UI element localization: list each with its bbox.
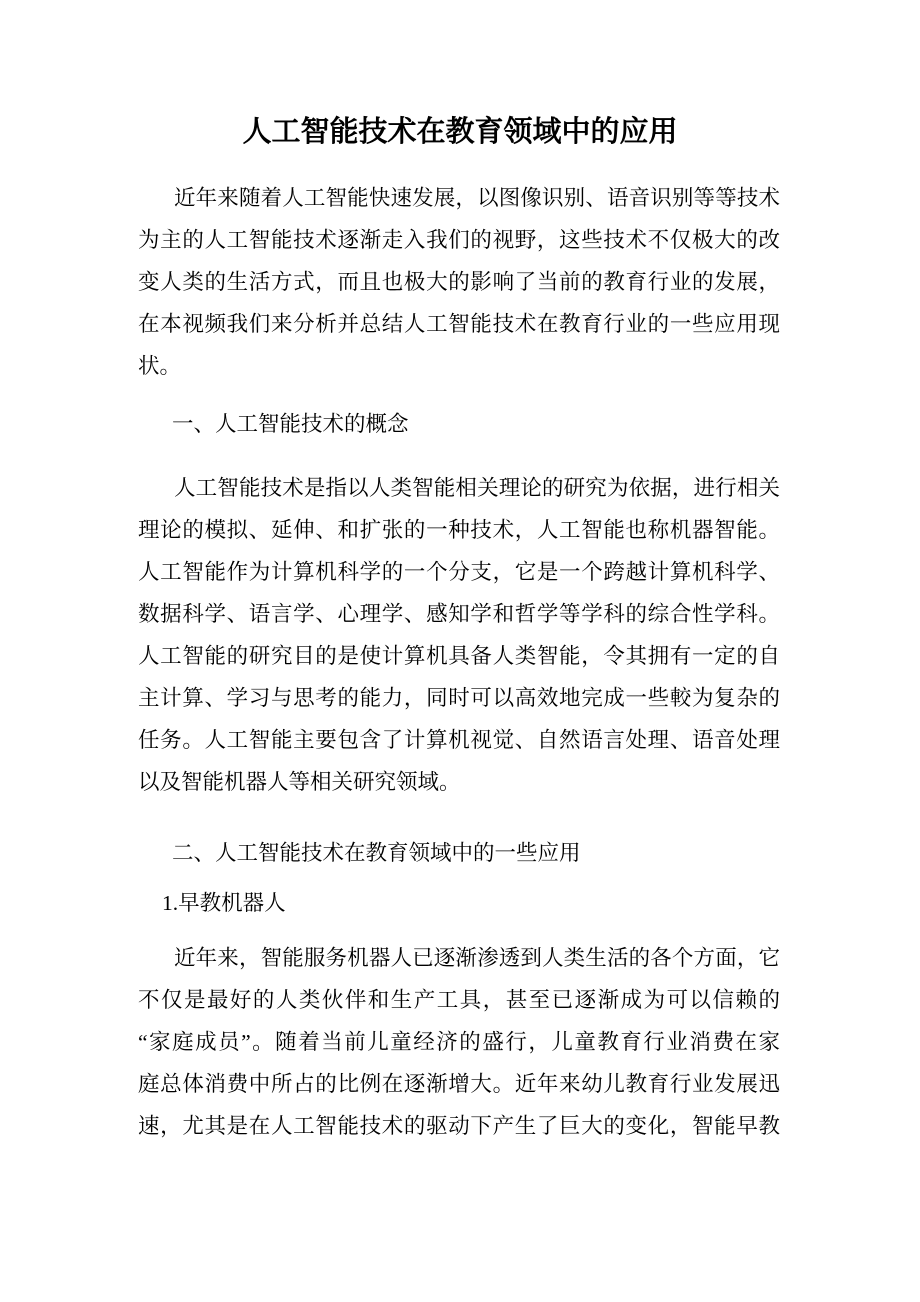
paragraph-line: 速，尤其是在人工智能技术的驱动下产生了巨大的变化，智能早教 bbox=[138, 1105, 780, 1147]
paragraph-line: 人工智能的研究目的是使计算机具备人类智能，令其拥有一定的自 bbox=[138, 635, 780, 677]
paragraph-line: 庭总体消费中所占的比例在逐渐增大。近年来幼儿教育行业发展迅 bbox=[138, 1063, 780, 1105]
section1-paragraph: 人工智能技术是指以人类智能相关理论的研究为依据，进行相关 理论的模拟、延伸、和扩… bbox=[138, 467, 780, 803]
section1-heading: 一、人工智能技术的概念 bbox=[138, 403, 780, 445]
paragraph-line: 变人类的生活方式，而且也极大的影响了当前的教育行业的发展， bbox=[138, 261, 780, 303]
section2-sub1-heading: 1.早教机器人 bbox=[138, 882, 780, 924]
paragraph-line: 状。 bbox=[138, 345, 780, 387]
paragraph-line: 为主的人工智能技术逐渐走入我们的视野，这些技术不仅极大的改 bbox=[138, 219, 780, 261]
paragraph-line: 理论的模拟、延伸、和扩张的一种技术，人工智能也称机器智能。 bbox=[138, 509, 780, 551]
paragraph-line: 以及智能机器人等相关研究领域。 bbox=[138, 761, 780, 803]
paragraph-line: 数据科学、语言学、心理学、感知学和哲学等学科的综合性学科。 bbox=[138, 593, 780, 635]
section-heading-text: 二、人工智能技术在教育领域中的一些应用 bbox=[138, 832, 780, 874]
paragraph-line: 主计算、学习与思考的能力，同时可以高效地完成一些較为复杂的 bbox=[138, 677, 780, 719]
paragraph-line: 人工智能技术是指以人类智能相关理论的研究为依据，进行相关 bbox=[138, 467, 780, 509]
paragraph-line: 任务。人工智能主要包含了计算机视觉、自然语言处理、语音处理 bbox=[138, 719, 780, 761]
paragraph-line: 在本视频我们来分析并总结人工智能技术在教育行业的一些应用现 bbox=[138, 303, 780, 345]
section-heading-text: 一、人工智能技术的概念 bbox=[138, 403, 780, 445]
intro-paragraph: 近年来随着人工智能快速发展，以图像识别、语音识别等等技术 为主的人工智能技术逐渐… bbox=[138, 177, 780, 387]
paragraph-line: 近年来，智能服务机器人已逐渐渗透到人类生活的各个方面，它 bbox=[138, 937, 780, 979]
paragraph-line: “家庭成员”。随着当前儿童经济的盛行，儿童教育行业消费在家 bbox=[138, 1021, 780, 1063]
paragraph-line: 近年来随着人工智能快速发展，以图像识别、语音识别等等技术 bbox=[138, 177, 780, 219]
document-title: 人工智能技术在教育领域中的应用 bbox=[139, 112, 781, 152]
subheading-text: 1.早教机器人 bbox=[138, 882, 780, 924]
paragraph-line: 不仅是最好的人类伙伴和生产工具，甚至已逐渐成为可以信赖的 bbox=[138, 979, 780, 1021]
document-page: 人工智能技术在教育领域中的应用 近年来随着人工智能快速发展，以图像识别、语音识别… bbox=[0, 0, 920, 1302]
section2-heading: 二、人工智能技术在教育领域中的一些应用 bbox=[138, 832, 780, 874]
paragraph-line: 人工智能作为计算机科学的一个分支，它是一个跨越计算机科学、 bbox=[138, 551, 780, 593]
section2-sub1-paragraph: 近年来，智能服务机器人已逐渐渗透到人类生活的各个方面，它 不仅是最好的人类伙伴和… bbox=[138, 937, 780, 1147]
